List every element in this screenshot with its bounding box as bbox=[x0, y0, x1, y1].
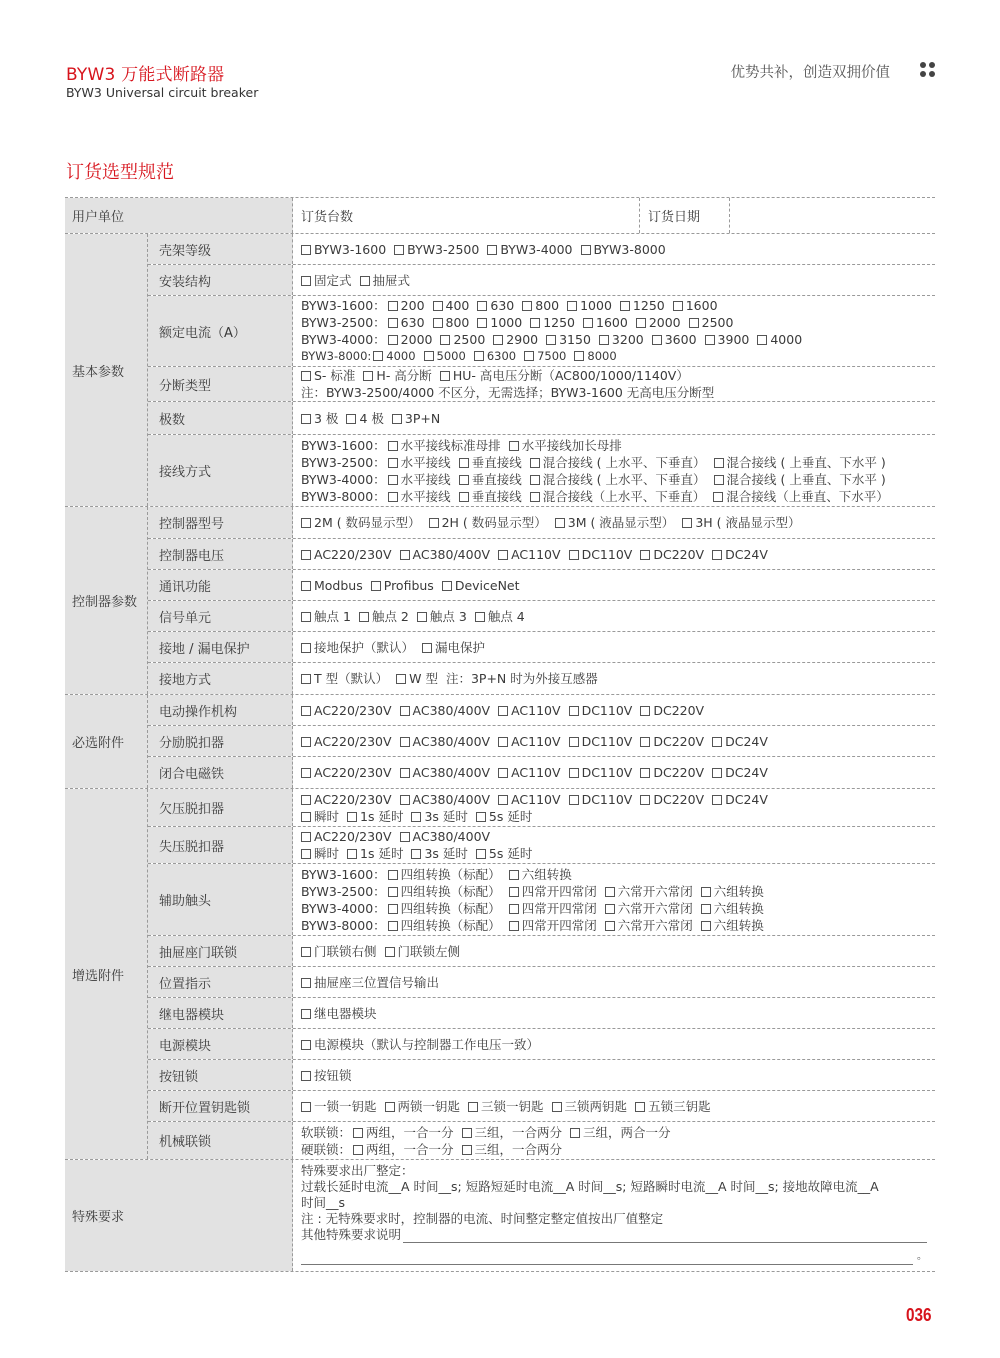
checkbox-icon[interactable] bbox=[301, 674, 311, 684]
checkbox-option[interactable]: AC380/400V bbox=[400, 765, 491, 780]
checkbox-icon[interactable] bbox=[701, 887, 711, 897]
checkbox-option[interactable]: S- 标准 bbox=[301, 368, 355, 383]
checkbox-icon[interactable] bbox=[371, 581, 381, 591]
spec-row-label: 控制器型号 bbox=[148, 507, 293, 538]
checkbox-option[interactable]: 垂直接线 bbox=[459, 472, 522, 487]
checkbox-icon[interactable] bbox=[498, 706, 508, 716]
checkbox-option[interactable]: 两组，一合一分 bbox=[353, 1125, 454, 1140]
checkbox-option[interactable]: 混合接线 ( 上水平、下垂直） bbox=[530, 455, 706, 470]
checkbox-option[interactable]: 两组，一合一分 bbox=[353, 1142, 454, 1157]
checkbox-icon[interactable] bbox=[640, 706, 650, 716]
checkbox-option[interactable]: DC110V bbox=[569, 792, 633, 807]
checkbox-option[interactable]: 4000 bbox=[373, 349, 415, 363]
checkbox-icon[interactable] bbox=[388, 475, 398, 485]
checkbox-icon[interactable] bbox=[498, 795, 508, 805]
option-label: H- 高分断 bbox=[376, 368, 431, 383]
checkbox-option[interactable]: 1250 bbox=[530, 315, 575, 330]
checkbox-icon[interactable] bbox=[498, 768, 508, 778]
checkbox-option[interactable]: 抽屉座三位置信号输出 bbox=[301, 975, 439, 990]
checkbox-option[interactable]: 3600 bbox=[652, 332, 697, 347]
checkbox-icon[interactable] bbox=[476, 812, 486, 822]
checkbox-icon[interactable] bbox=[440, 335, 450, 345]
checkbox-icon[interactable] bbox=[555, 518, 565, 528]
checkbox-option[interactable]: DC220V bbox=[640, 792, 704, 807]
checkbox-option[interactable]: 水平接线标准母排 bbox=[388, 438, 501, 453]
checkbox-option[interactable]: DC110V bbox=[569, 734, 633, 749]
checkbox-icon[interactable] bbox=[712, 550, 722, 560]
checkbox-icon[interactable] bbox=[301, 581, 311, 591]
checkbox-icon[interactable] bbox=[509, 441, 519, 451]
checkbox-icon[interactable] bbox=[301, 276, 311, 286]
checkbox-icon[interactable] bbox=[640, 795, 650, 805]
option-line: AC220/230VAC380/400VAC110VDC110VDC220VDC… bbox=[301, 733, 935, 750]
checkbox-option[interactable]: 200 bbox=[388, 298, 425, 313]
checkbox-icon[interactable] bbox=[388, 318, 398, 328]
checkbox-option[interactable]: 2H ( 数码显示型） bbox=[429, 515, 547, 530]
checkbox-option[interactable]: 门联锁左侧 bbox=[385, 944, 461, 959]
checkbox-option[interactable]: 三组，一合两分 bbox=[462, 1125, 563, 1140]
checkbox-option[interactable]: DeviceNet bbox=[442, 578, 520, 593]
checkbox-option[interactable]: 六常开六常闭 bbox=[605, 901, 693, 916]
checkbox-icon[interactable] bbox=[640, 737, 650, 747]
option-label: 六组转换 bbox=[714, 918, 764, 933]
checkbox-option[interactable]: 四常开四常闭 bbox=[509, 918, 597, 933]
checkbox-option[interactable]: 电源模块（默认与控制器工作电压一致） bbox=[301, 1037, 539, 1052]
option-label: 400 bbox=[446, 298, 470, 313]
checkbox-option[interactable]: 7500 bbox=[524, 349, 566, 363]
checkbox-icon[interactable] bbox=[712, 737, 722, 747]
checkbox-option[interactable]: AC220/230V bbox=[301, 792, 392, 807]
checkbox-icon[interactable] bbox=[570, 1128, 580, 1138]
checkbox-option[interactable]: 三锁两钥匙 bbox=[552, 1099, 628, 1114]
checkbox-option[interactable]: 3P+N bbox=[392, 411, 440, 426]
checkbox-icon[interactable] bbox=[477, 318, 487, 328]
checkbox-icon[interactable] bbox=[459, 492, 469, 502]
checkbox-option[interactable]: 水平接线加长母排 bbox=[509, 438, 622, 453]
checkbox-icon[interactable] bbox=[301, 550, 311, 560]
checkbox-icon[interactable] bbox=[569, 706, 579, 716]
checkbox-icon[interactable] bbox=[301, 371, 311, 381]
checkbox-icon[interactable] bbox=[396, 674, 406, 684]
checkbox-option[interactable]: T 型（默认） bbox=[301, 671, 388, 686]
checkbox-icon[interactable] bbox=[714, 458, 724, 468]
checkbox-icon[interactable] bbox=[701, 921, 711, 931]
checkbox-icon[interactable] bbox=[388, 904, 398, 914]
checkbox-icon[interactable] bbox=[411, 849, 421, 859]
checkbox-icon[interactable] bbox=[301, 947, 311, 957]
checkbox-icon[interactable] bbox=[682, 518, 692, 528]
spec-row: 壳架等级BYW3-1600BYW3-2500BYW3-4000BYW3-8000 bbox=[148, 234, 935, 265]
checkbox-icon[interactable] bbox=[400, 737, 410, 747]
checkbox-icon[interactable] bbox=[400, 768, 410, 778]
checkbox-icon[interactable] bbox=[546, 335, 556, 345]
spec-row: 信号单元触点 1触点 2触点 3触点 4 bbox=[148, 601, 935, 632]
checkbox-option[interactable]: AC380/400V bbox=[400, 792, 491, 807]
checkbox-option[interactable]: 2500 bbox=[689, 315, 734, 330]
checkbox-option[interactable]: 2000 bbox=[636, 315, 681, 330]
checkbox-option[interactable]: 混合接线 ( 上垂直、下水平 ) bbox=[714, 472, 886, 487]
checkbox-icon[interactable] bbox=[400, 795, 410, 805]
checkbox-option[interactable]: 5s 延时 bbox=[476, 809, 532, 824]
checkbox-icon[interactable] bbox=[301, 978, 311, 988]
other-requirements-input[interactable] bbox=[403, 1230, 927, 1243]
checkbox-icon[interactable] bbox=[301, 612, 311, 622]
checkbox-icon[interactable] bbox=[569, 737, 579, 747]
checkbox-option[interactable]: 按钮锁 bbox=[301, 1068, 352, 1083]
checkbox-option[interactable]: AC220/230V bbox=[301, 547, 392, 562]
checkbox-option[interactable]: DC24V bbox=[712, 547, 768, 562]
checkbox-icon[interactable] bbox=[530, 492, 540, 502]
checkbox-icon[interactable] bbox=[388, 921, 398, 931]
checkbox-option[interactable]: AC380/400V bbox=[400, 829, 491, 844]
checkbox-option[interactable]: 六组转换 bbox=[509, 867, 572, 882]
checkbox-icon[interactable] bbox=[411, 812, 421, 822]
checkbox-option[interactable]: 1s 延时 bbox=[347, 809, 403, 824]
checkbox-option[interactable]: 六组转换 bbox=[701, 918, 764, 933]
group-label: 控制器参数 bbox=[65, 507, 148, 694]
checkbox-icon[interactable] bbox=[569, 550, 579, 560]
other-requirements-line[interactable]: 其他特殊要求说明 bbox=[301, 1227, 927, 1243]
checkbox-option[interactable]: 三锁一钥匙 bbox=[468, 1099, 544, 1114]
checkbox-option[interactable]: 四组转换（标配） bbox=[388, 901, 501, 916]
checkbox-icon[interactable] bbox=[442, 581, 452, 591]
option-label: 三组，一合两分 bbox=[475, 1142, 563, 1157]
checkbox-option[interactable]: 混合接线（上水平、下垂直） bbox=[530, 489, 706, 504]
checkbox-icon[interactable] bbox=[359, 612, 369, 622]
checkbox-icon[interactable] bbox=[301, 518, 311, 528]
checkbox-option[interactable]: 水平接线 bbox=[388, 455, 451, 470]
checkbox-option[interactable]: 三组，一合两分 bbox=[462, 1142, 563, 1157]
special-settings-line1[interactable]: 过载长延时电流__A 时间__s; 短路短延时电流__A 时间__s; 短路瞬时… bbox=[301, 1179, 927, 1195]
spec-row-label: 断开位置钥匙锁 bbox=[148, 1091, 293, 1121]
checkbox-icon[interactable] bbox=[713, 492, 723, 502]
checkbox-icon[interactable] bbox=[385, 947, 395, 957]
option-line: BYW3-2500：四组转换（标配）四常开四常闭六常开六常闭六组转换 bbox=[301, 883, 935, 900]
checkbox-option[interactable]: 4 极 bbox=[346, 411, 383, 426]
checkbox-icon[interactable] bbox=[301, 1009, 311, 1019]
checkbox-option[interactable]: 8000 bbox=[574, 349, 616, 363]
model-prefix: BYW3-2500： bbox=[301, 884, 386, 899]
checkbox-icon[interactable] bbox=[605, 887, 615, 897]
option-line: BYW3-4000：四组转换（标配）四常开四常闭六常开六常闭六组转换 bbox=[301, 900, 935, 917]
checkbox-option[interactable]: 五锁三钥匙 bbox=[635, 1099, 711, 1114]
checkbox-icon[interactable] bbox=[301, 795, 311, 805]
checkbox-option[interactable]: 1250 bbox=[620, 298, 665, 313]
checkbox-option[interactable]: 3s 延时 bbox=[411, 809, 467, 824]
checkbox-option[interactable]: W 型 bbox=[396, 671, 438, 686]
checkbox-icon[interactable] bbox=[757, 335, 767, 345]
checkbox-icon[interactable] bbox=[388, 458, 398, 468]
option-label: AC220/230V bbox=[314, 829, 392, 844]
checkbox-option[interactable]: 2900 bbox=[493, 332, 538, 347]
checkbox-icon[interactable] bbox=[509, 870, 519, 880]
checkbox-icon[interactable] bbox=[581, 245, 591, 255]
checkbox-icon[interactable] bbox=[474, 351, 484, 361]
checkbox-option[interactable]: 5000 bbox=[424, 349, 466, 363]
checkbox-option[interactable]: 瞬时 bbox=[301, 846, 339, 861]
checkbox-option[interactable]: BYW3-4000 bbox=[487, 242, 572, 257]
checkbox-option[interactable]: 3200 bbox=[599, 332, 644, 347]
checkbox-icon[interactable] bbox=[459, 458, 469, 468]
checkbox-option[interactable]: DC220V bbox=[640, 703, 704, 718]
checkbox-option[interactable]: 六常开六常闭 bbox=[605, 918, 693, 933]
checkbox-option[interactable]: 四组转换（标配） bbox=[388, 918, 501, 933]
checkbox-option[interactable]: 两锁一钥匙 bbox=[385, 1099, 461, 1114]
checkbox-icon[interactable] bbox=[459, 475, 469, 485]
checkbox-option[interactable]: 3H ( 液晶显示型） bbox=[682, 515, 800, 530]
checkbox-icon[interactable] bbox=[373, 351, 383, 361]
checkbox-option[interactable]: AC110V bbox=[498, 734, 560, 749]
checkbox-option[interactable]: AC110V bbox=[498, 765, 560, 780]
checkbox-option[interactable]: 800 bbox=[433, 315, 470, 330]
checkbox-icon[interactable] bbox=[522, 301, 532, 311]
checkbox-option[interactable]: 水平接线 bbox=[388, 472, 451, 487]
checkbox-option[interactable]: 垂直接线 bbox=[459, 455, 522, 470]
checkbox-option[interactable]: DC220V bbox=[640, 547, 704, 562]
checkbox-icon[interactable] bbox=[388, 870, 398, 880]
checkbox-icon[interactable] bbox=[392, 414, 402, 424]
checkbox-option[interactable]: 固定式 bbox=[301, 273, 352, 288]
checkbox-icon[interactable] bbox=[476, 849, 486, 859]
checkbox-icon[interactable] bbox=[498, 550, 508, 560]
checkbox-option[interactable]: 三组，两合一分 bbox=[570, 1125, 671, 1140]
checkbox-option[interactable]: 六常开六常闭 bbox=[605, 884, 693, 899]
option-label: 五锁三钥匙 bbox=[648, 1099, 711, 1114]
checkbox-option[interactable]: DC24V bbox=[712, 734, 768, 749]
checkbox-option[interactable]: 四常开四常闭 bbox=[509, 901, 597, 916]
checkbox-icon[interactable] bbox=[509, 921, 519, 931]
checkbox-option[interactable]: BYW3-2500 bbox=[394, 242, 479, 257]
checkbox-option[interactable]: AC110V bbox=[498, 703, 560, 718]
checkbox-option[interactable]: AC220/230V bbox=[301, 703, 392, 718]
checkbox-icon[interactable] bbox=[433, 318, 443, 328]
checkbox-option[interactable]: AC110V bbox=[498, 547, 560, 562]
checkbox-option[interactable]: 触点 4 bbox=[475, 609, 525, 624]
checkbox-icon[interactable] bbox=[462, 1128, 472, 1138]
checkbox-icon[interactable] bbox=[635, 1102, 645, 1112]
checkbox-icon[interactable] bbox=[347, 812, 357, 822]
checkbox-icon[interactable] bbox=[636, 318, 646, 328]
checkbox-option[interactable]: 水平接线 bbox=[388, 489, 451, 504]
checkbox-icon[interactable] bbox=[301, 1040, 311, 1050]
checkbox-option[interactable]: 四组转换（标配） bbox=[388, 867, 501, 882]
checkbox-icon[interactable] bbox=[712, 768, 722, 778]
checkbox-option[interactable]: 继电器模块 bbox=[301, 1006, 377, 1021]
checkbox-option[interactable]: 5s 延时 bbox=[476, 846, 532, 861]
checkbox-icon[interactable] bbox=[569, 795, 579, 805]
special-settings-line2[interactable]: 时间__s bbox=[301, 1195, 927, 1211]
checkbox-option[interactable]: 6300 bbox=[474, 349, 516, 363]
checkbox-option[interactable]: H- 高分断 bbox=[363, 368, 431, 383]
checkbox-option[interactable]: 触点 3 bbox=[417, 609, 467, 624]
checkbox-option[interactable]: 接地保护（默认） bbox=[301, 640, 414, 655]
checkbox-option[interactable]: AC220/230V bbox=[301, 765, 392, 780]
checkbox-option[interactable]: 1s 延时 bbox=[347, 846, 403, 861]
checkbox-icon[interactable] bbox=[620, 301, 630, 311]
checkbox-icon[interactable] bbox=[388, 887, 398, 897]
checkbox-option[interactable]: 混合接线（上垂直、下水平） bbox=[713, 489, 889, 504]
checkbox-icon[interactable] bbox=[301, 849, 311, 859]
checkbox-icon[interactable] bbox=[530, 458, 540, 468]
checkbox-option[interactable]: 1000 bbox=[477, 315, 522, 330]
checkbox-option[interactable]: 630 bbox=[388, 315, 425, 330]
checkbox-option[interactable]: 3M ( 液晶显示型） bbox=[555, 515, 675, 530]
checkbox-icon[interactable] bbox=[689, 318, 699, 328]
checkbox-option[interactable]: HU- 高电压分断（AC800/1000/1140V） bbox=[440, 368, 689, 383]
checkbox-option[interactable]: 3150 bbox=[546, 332, 591, 347]
checkbox-icon[interactable] bbox=[705, 335, 715, 345]
checkbox-icon[interactable] bbox=[301, 643, 311, 653]
checkbox-option[interactable]: 六组转换 bbox=[701, 884, 764, 899]
checkbox-icon[interactable] bbox=[422, 643, 432, 653]
checkbox-icon[interactable] bbox=[574, 351, 584, 361]
checkbox-icon[interactable] bbox=[498, 737, 508, 747]
checkbox-icon[interactable] bbox=[388, 301, 398, 311]
checkbox-icon[interactable] bbox=[388, 441, 398, 451]
checkbox-icon[interactable] bbox=[363, 371, 373, 381]
checkbox-option[interactable]: 630 bbox=[477, 298, 514, 313]
other-requirements-input-2[interactable] bbox=[301, 1252, 913, 1265]
checkbox-option[interactable]: 800 bbox=[522, 298, 559, 313]
checkbox-icon[interactable] bbox=[712, 795, 722, 805]
checkbox-option[interactable]: AC380/400V bbox=[400, 547, 491, 562]
checkbox-option[interactable]: 四常开四常闭 bbox=[509, 884, 597, 899]
checkbox-option[interactable]: DC220V bbox=[640, 734, 704, 749]
checkbox-option[interactable]: DC24V bbox=[712, 792, 768, 807]
checkbox-option[interactable]: 漏电保护 bbox=[422, 640, 485, 655]
checkbox-option[interactable]: 混合接线 ( 上水平、下垂直） bbox=[530, 472, 706, 487]
checkbox-option[interactable]: 垂直接线 bbox=[459, 489, 522, 504]
checkbox-icon[interactable] bbox=[424, 351, 434, 361]
checkbox-icon[interactable] bbox=[583, 318, 593, 328]
checkbox-option[interactable]: 触点 2 bbox=[359, 609, 409, 624]
checkbox-icon[interactable] bbox=[400, 706, 410, 716]
checkbox-icon[interactable] bbox=[301, 768, 311, 778]
option-label: 3s 延时 bbox=[424, 846, 467, 861]
checkbox-icon[interactable] bbox=[509, 904, 519, 914]
checkbox-option[interactable]: AC220/230V bbox=[301, 734, 392, 749]
checkbox-icon[interactable] bbox=[714, 475, 724, 485]
order-date-field[interactable] bbox=[730, 198, 935, 233]
checkbox-icon[interactable] bbox=[301, 414, 311, 424]
checkbox-icon[interactable] bbox=[388, 492, 398, 502]
checkbox-option[interactable]: BYW3-8000 bbox=[581, 242, 666, 257]
checkbox-icon[interactable] bbox=[605, 921, 615, 931]
checkbox-icon[interactable] bbox=[530, 475, 540, 485]
checkbox-icon[interactable] bbox=[524, 351, 534, 361]
checkbox-option[interactable]: 六组转换 bbox=[701, 901, 764, 916]
checkbox-icon[interactable] bbox=[493, 335, 503, 345]
checkbox-icon[interactable] bbox=[301, 1102, 311, 1112]
checkbox-option[interactable]: 400 bbox=[433, 298, 470, 313]
checkbox-icon[interactable] bbox=[462, 1145, 472, 1155]
checkbox-icon[interactable] bbox=[652, 335, 662, 345]
checkbox-icon[interactable] bbox=[301, 245, 311, 255]
checkbox-option[interactable]: AC220/230V bbox=[301, 829, 392, 844]
checkbox-icon[interactable] bbox=[569, 768, 579, 778]
checkbox-icon[interactable] bbox=[640, 550, 650, 560]
checkbox-icon[interactable] bbox=[301, 812, 311, 822]
checkbox-icon[interactable] bbox=[487, 245, 497, 255]
special-title: 特殊要求出厂整定： bbox=[301, 1163, 927, 1179]
checkbox-option[interactable]: AC110V bbox=[498, 792, 560, 807]
checkbox-option[interactable]: DC24V bbox=[712, 765, 768, 780]
checkbox-option[interactable]: AC380/400V bbox=[400, 703, 491, 718]
checkbox-icon[interactable] bbox=[301, 1071, 311, 1081]
checkbox-option[interactable]: 3s 延时 bbox=[411, 846, 467, 861]
checkbox-icon[interactable] bbox=[385, 1102, 395, 1112]
checkbox-option[interactable]: Modbus bbox=[301, 578, 363, 593]
checkbox-icon[interactable] bbox=[640, 768, 650, 778]
checkbox-icon[interactable] bbox=[353, 1128, 363, 1138]
checkbox-icon[interactable] bbox=[567, 301, 577, 311]
checkbox-icon[interactable] bbox=[301, 737, 311, 747]
checkbox-option[interactable]: 2M ( 数码显示型） bbox=[301, 515, 421, 530]
checkbox-icon[interactable] bbox=[400, 832, 410, 842]
checkbox-option[interactable]: 2500 bbox=[440, 332, 485, 347]
checkbox-option[interactable]: Profibus bbox=[371, 578, 434, 593]
order-qty-field[interactable]: 订货台数 bbox=[293, 198, 640, 233]
checkbox-icon[interactable] bbox=[468, 1102, 478, 1112]
other-requirements-line-2[interactable]: 。 bbox=[301, 1249, 927, 1265]
checkbox-option[interactable]: 四组转换（标配） bbox=[388, 884, 501, 899]
checkbox-option[interactable]: 抽屉式 bbox=[360, 273, 411, 288]
checkbox-option[interactable]: DC110V bbox=[569, 703, 633, 718]
checkbox-option[interactable]: 1600 bbox=[583, 315, 628, 330]
checkbox-icon[interactable] bbox=[388, 335, 398, 345]
checkbox-option[interactable]: DC110V bbox=[569, 547, 633, 562]
checkbox-option[interactable]: 触点 1 bbox=[301, 609, 351, 624]
checkbox-option[interactable]: 混合接线 ( 上垂直、下水平 ) bbox=[714, 455, 886, 470]
checkbox-option[interactable]: 一锁一钥匙 bbox=[301, 1099, 377, 1114]
checkbox-icon[interactable] bbox=[347, 849, 357, 859]
checkbox-option[interactable]: 2000 bbox=[388, 332, 433, 347]
checkbox-icon[interactable] bbox=[346, 414, 356, 424]
checkbox-option[interactable]: 1000 bbox=[567, 298, 612, 313]
checkbox-option[interactable]: BYW3-1600 bbox=[301, 242, 386, 257]
checkbox-icon[interactable] bbox=[673, 301, 683, 311]
checkbox-icon[interactable] bbox=[353, 1145, 363, 1155]
checkbox-icon[interactable] bbox=[701, 904, 711, 914]
checkbox-icon[interactable] bbox=[400, 550, 410, 560]
checkbox-icon[interactable] bbox=[530, 318, 540, 328]
checkbox-icon[interactable] bbox=[301, 832, 311, 842]
checkbox-option[interactable]: 1600 bbox=[673, 298, 718, 313]
checkbox-icon[interactable] bbox=[433, 301, 443, 311]
option-label: 200 bbox=[401, 298, 425, 313]
checkbox-option[interactable]: 门联锁右侧 bbox=[301, 944, 377, 959]
checkbox-icon[interactable] bbox=[440, 371, 450, 381]
checkbox-option[interactable]: 3 极 bbox=[301, 411, 338, 426]
checkbox-icon[interactable] bbox=[429, 518, 439, 528]
checkbox-option[interactable]: 瞬时 bbox=[301, 809, 339, 824]
checkbox-icon[interactable] bbox=[509, 887, 519, 897]
checkbox-option[interactable]: AC380/400V bbox=[400, 734, 491, 749]
checkbox-icon[interactable] bbox=[552, 1102, 562, 1112]
checkbox-icon[interactable] bbox=[301, 706, 311, 716]
checkbox-icon[interactable] bbox=[360, 276, 370, 286]
checkbox-icon[interactable] bbox=[477, 301, 487, 311]
checkbox-icon[interactable] bbox=[475, 612, 485, 622]
checkbox-option[interactable]: DC220V bbox=[640, 765, 704, 780]
checkbox-option[interactable]: 3900 bbox=[705, 332, 750, 347]
checkbox-icon[interactable] bbox=[417, 612, 427, 622]
checkbox-icon[interactable] bbox=[394, 245, 404, 255]
checkbox-icon[interactable] bbox=[605, 904, 615, 914]
checkbox-icon[interactable] bbox=[599, 335, 609, 345]
checkbox-option[interactable]: DC110V bbox=[569, 765, 633, 780]
checkbox-option[interactable]: 4000 bbox=[757, 332, 802, 347]
